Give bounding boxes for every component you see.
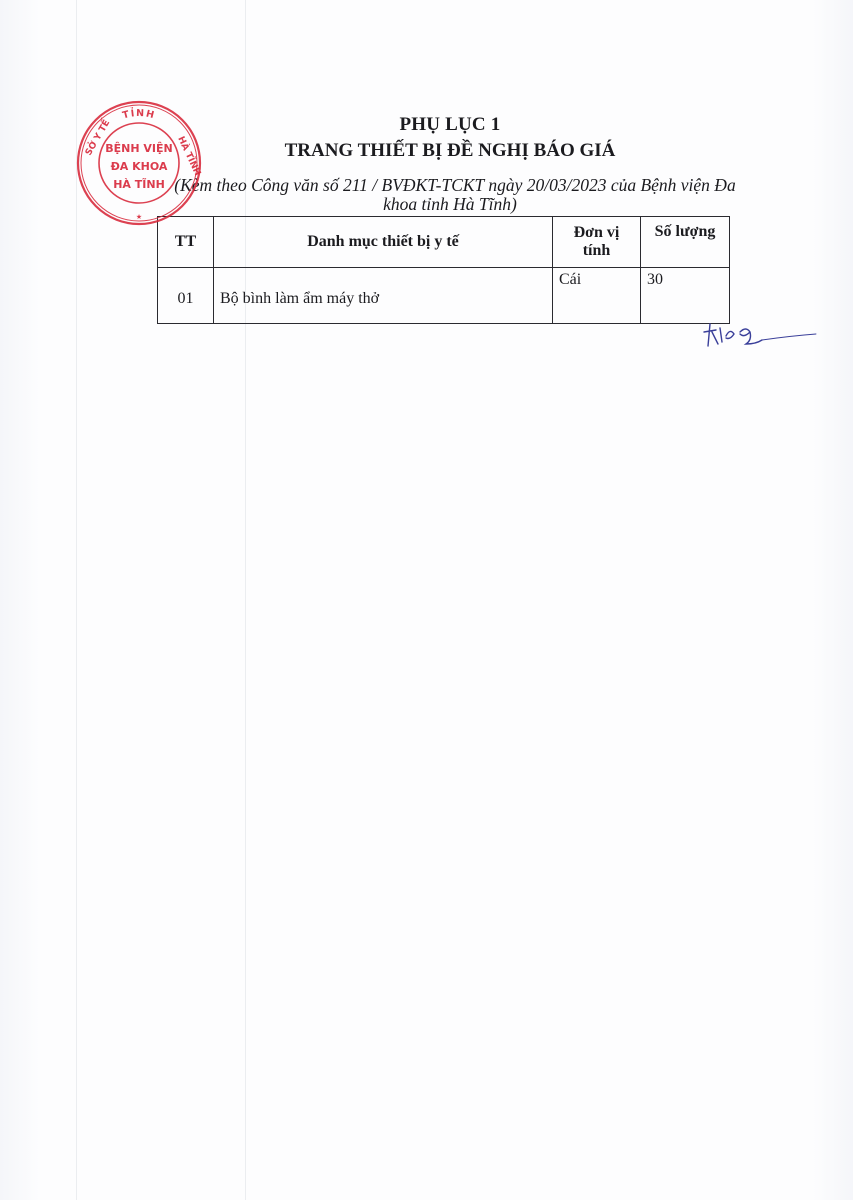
table-row: 01 Bộ bình làm ẩm máy thở Cái 30: [158, 268, 730, 324]
svg-text:BỆNH VIỆN: BỆNH VIỆN: [105, 142, 172, 155]
svg-text:ĐA KHOA: ĐA KHOA: [111, 160, 168, 173]
signature-icon: [700, 318, 820, 354]
cell-qty: 30: [641, 268, 730, 324]
header-unit-line2: tính: [583, 242, 611, 259]
header-unit-line1: Đơn vị: [574, 224, 620, 241]
cell-unit: Cái: [553, 268, 641, 324]
table-header-row: TT Danh mục thiết bị y tế Đơn vị tính Số…: [158, 217, 730, 268]
document-page: PHỤ LỤC 1 TRANG THIẾT BỊ ĐỀ NGHỊ BÁO GIÁ…: [0, 0, 853, 1200]
header-unit: Đơn vị tính: [553, 217, 641, 268]
cell-name: Bộ bình làm ẩm máy thở: [214, 268, 553, 324]
cell-tt: 01: [158, 268, 214, 324]
svg-text:TỈNH: TỈNH: [121, 107, 156, 121]
hospital-stamp-icon: TỈNH SỞ Y TẾ HÀ TĨNH BỆNH VIỆN ĐA KHOA H…: [74, 98, 204, 228]
header-qty: Số lượng: [641, 217, 730, 268]
svg-text:HÀ TĨNH: HÀ TĨNH: [113, 178, 165, 191]
document-subtitle-line1: (Kèm theo Công văn số 211 / BVĐKT-TCKT n…: [110, 175, 800, 196]
svg-text:★: ★: [136, 213, 142, 221]
header-name: Danh mục thiết bị y tế: [214, 217, 553, 268]
equipment-table: TT Danh mục thiết bị y tế Đơn vị tính Số…: [157, 216, 730, 324]
